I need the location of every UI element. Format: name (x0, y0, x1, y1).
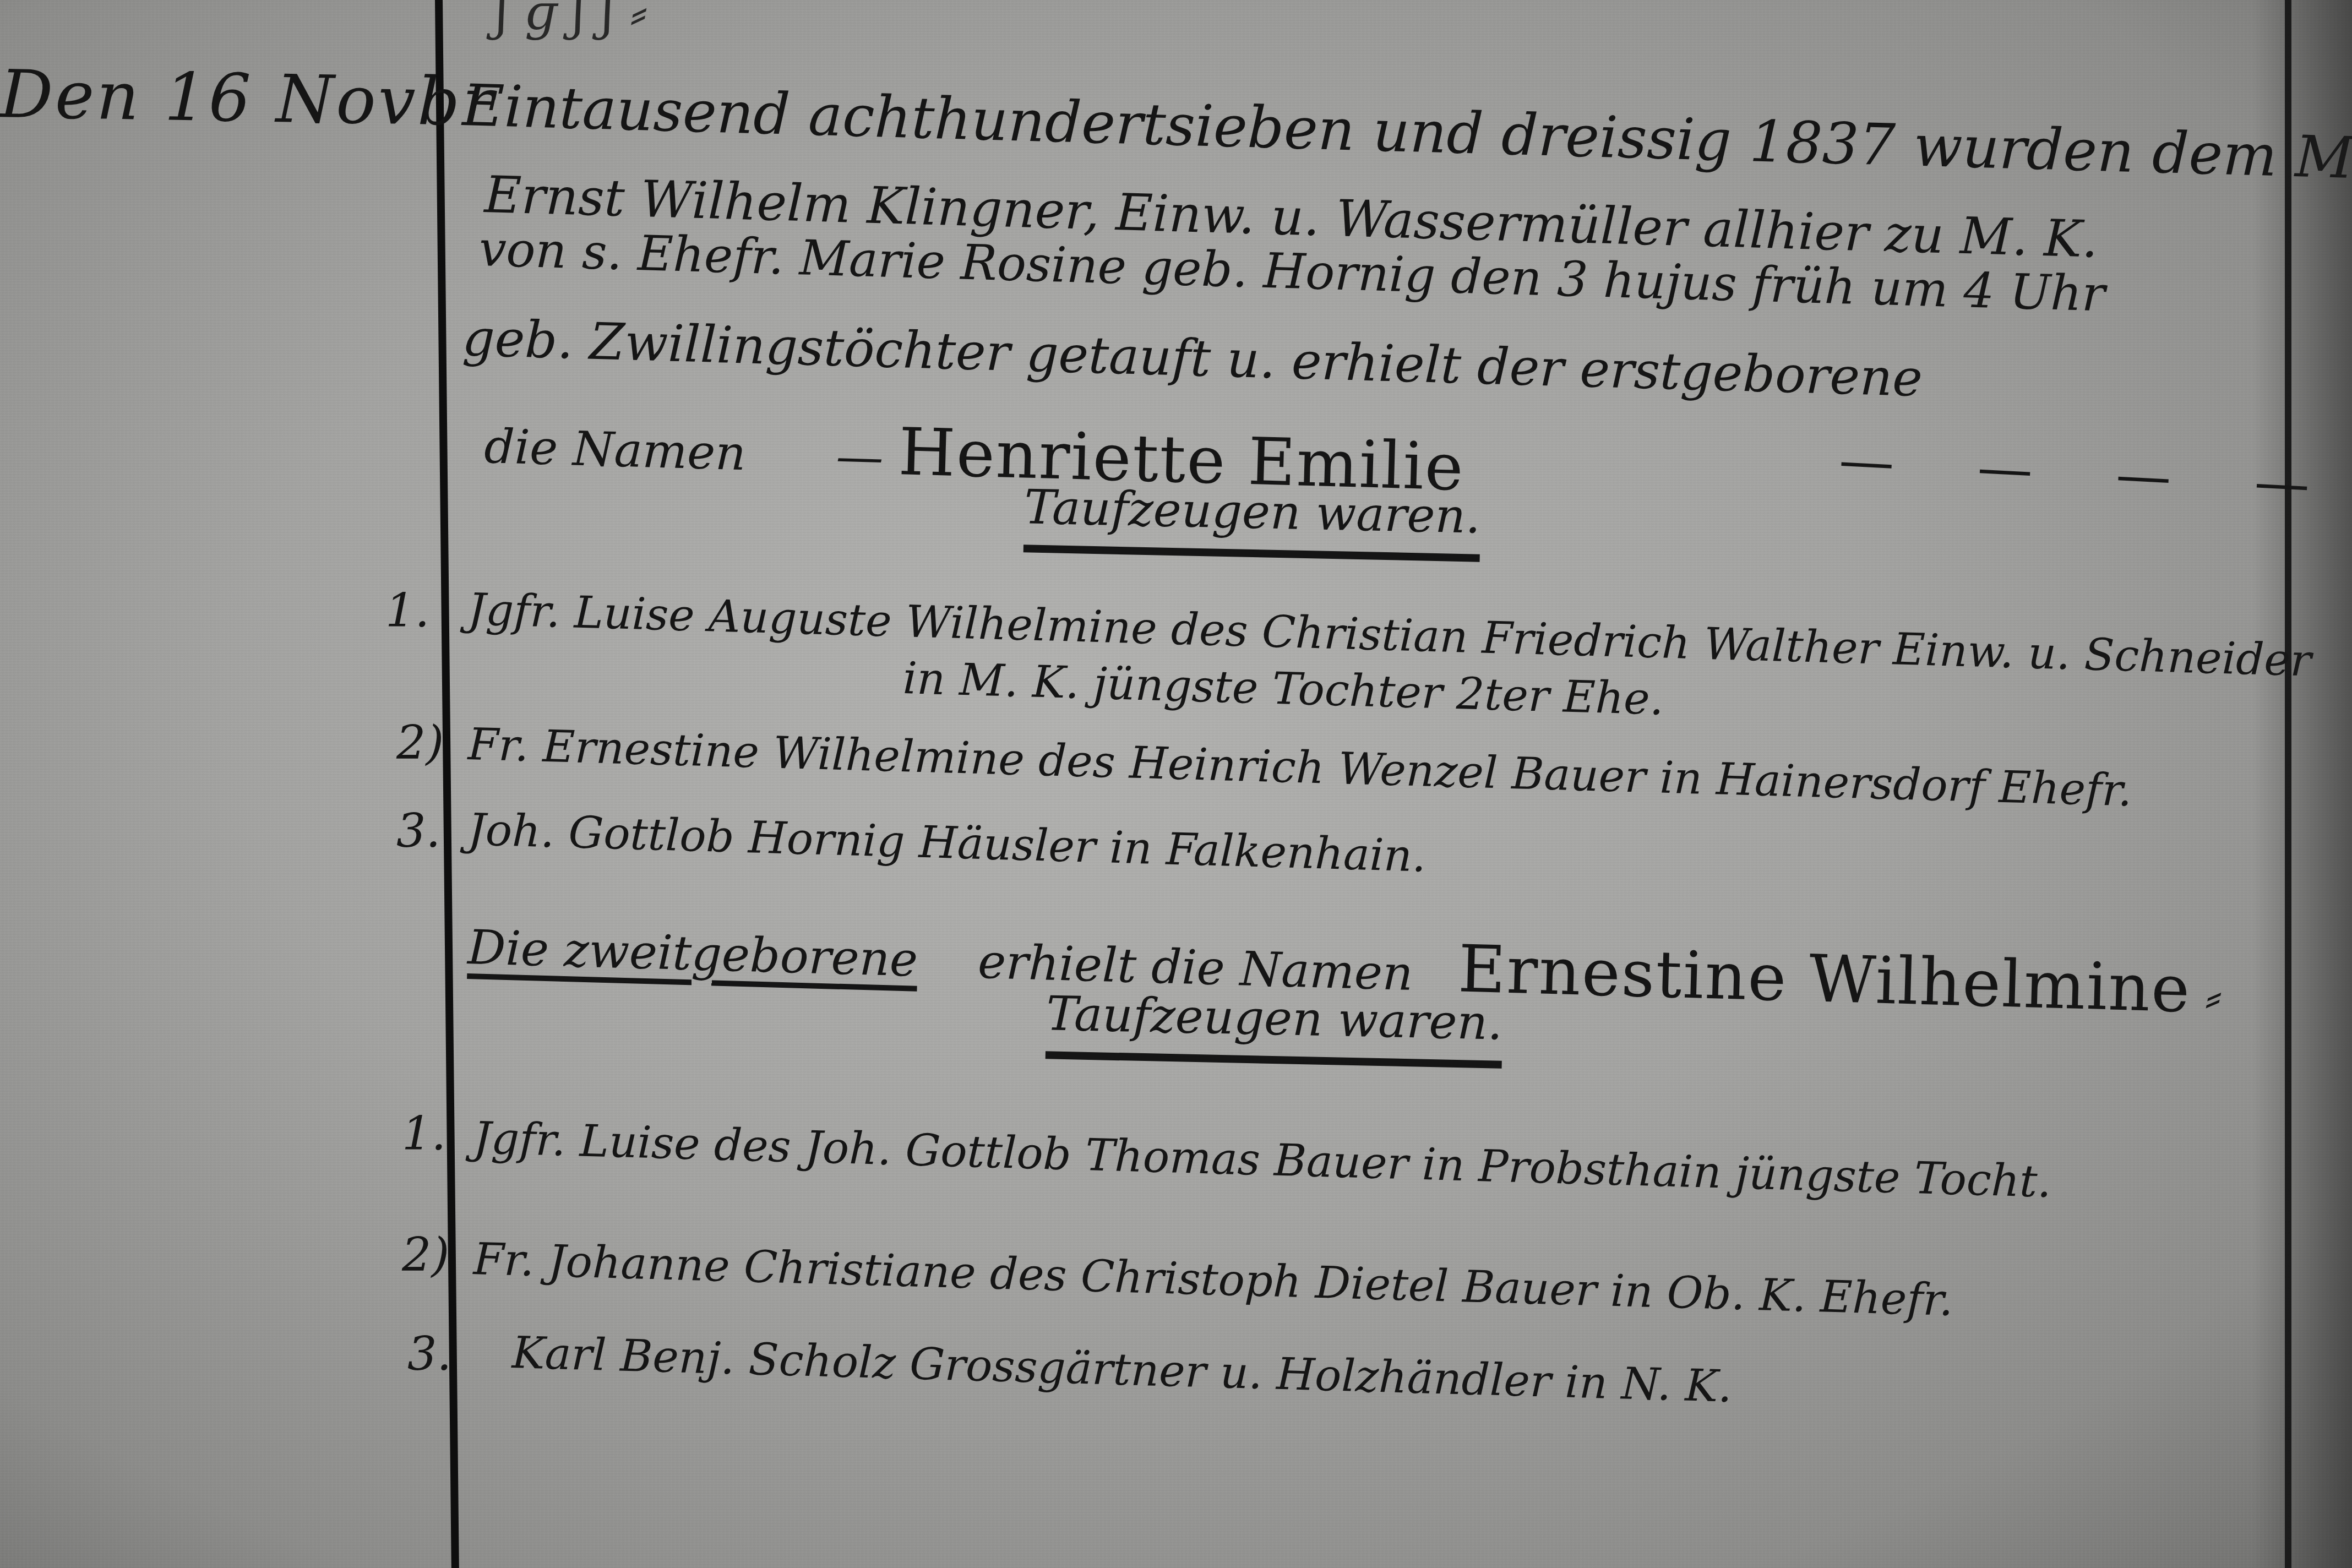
previous-entry-fragments: ʃ ɡ ʃ ʃ ⸗ (496, 0, 647, 41)
filler-dashes: — — — — (1838, 427, 2344, 518)
sponsors-heading-2: Taufzeugen waren. (1046, 986, 1504, 1068)
page-edge-rule (2285, 0, 2291, 1568)
sponsor-2-3: Karl Benj. Scholz Grossgärtner u. Holzhä… (511, 1327, 1733, 1412)
sponsor-1-3: Joh. Gottlob Hornig Häusler in Falkenhai… (467, 804, 1427, 882)
second-child-name: Ernestine Wilhelmine (1457, 930, 2192, 1027)
page-shadow (2253, 0, 2352, 1568)
sponsor-1-3-number: 3. (396, 804, 440, 858)
name-dash: — (835, 429, 884, 485)
register-page: ʃ ɡ ʃ ʃ ⸗ Den 16 Novbr Eintausend achthu… (0, 0, 2352, 1568)
sponsor-1-2: Fr. Ernestine Wilhelmine des Heinrich We… (467, 718, 2133, 816)
sponsor-1-2-number: 2) (396, 716, 444, 770)
sponsor-2-2-number: 2) (402, 1228, 449, 1282)
trail-mark: ⸗ (2205, 968, 2222, 1024)
sponsors-heading-1: Taufzeugen waren. (1023, 480, 1482, 562)
names-label: die Namen (483, 419, 747, 481)
sponsor-2-2: Fr. Johanne Christiane des Christoph Die… (473, 1233, 1954, 1326)
sponsor-2-3-number: 3. (407, 1327, 451, 1381)
sponsor-1-1-number: 1. (385, 584, 429, 638)
margin-date: Den 16 Novbr (0, 56, 497, 141)
second-born-label: Die zweitgeborene (467, 920, 918, 988)
sponsor-2-1-number: 1. (402, 1107, 446, 1161)
entry-line-4: geb. Zwillingstöchter getauft u. erhielt… (462, 308, 1924, 408)
sponsor-2-1: Jgfr. Luise des Joh. Gottlob Thomas Baue… (473, 1112, 2052, 1207)
